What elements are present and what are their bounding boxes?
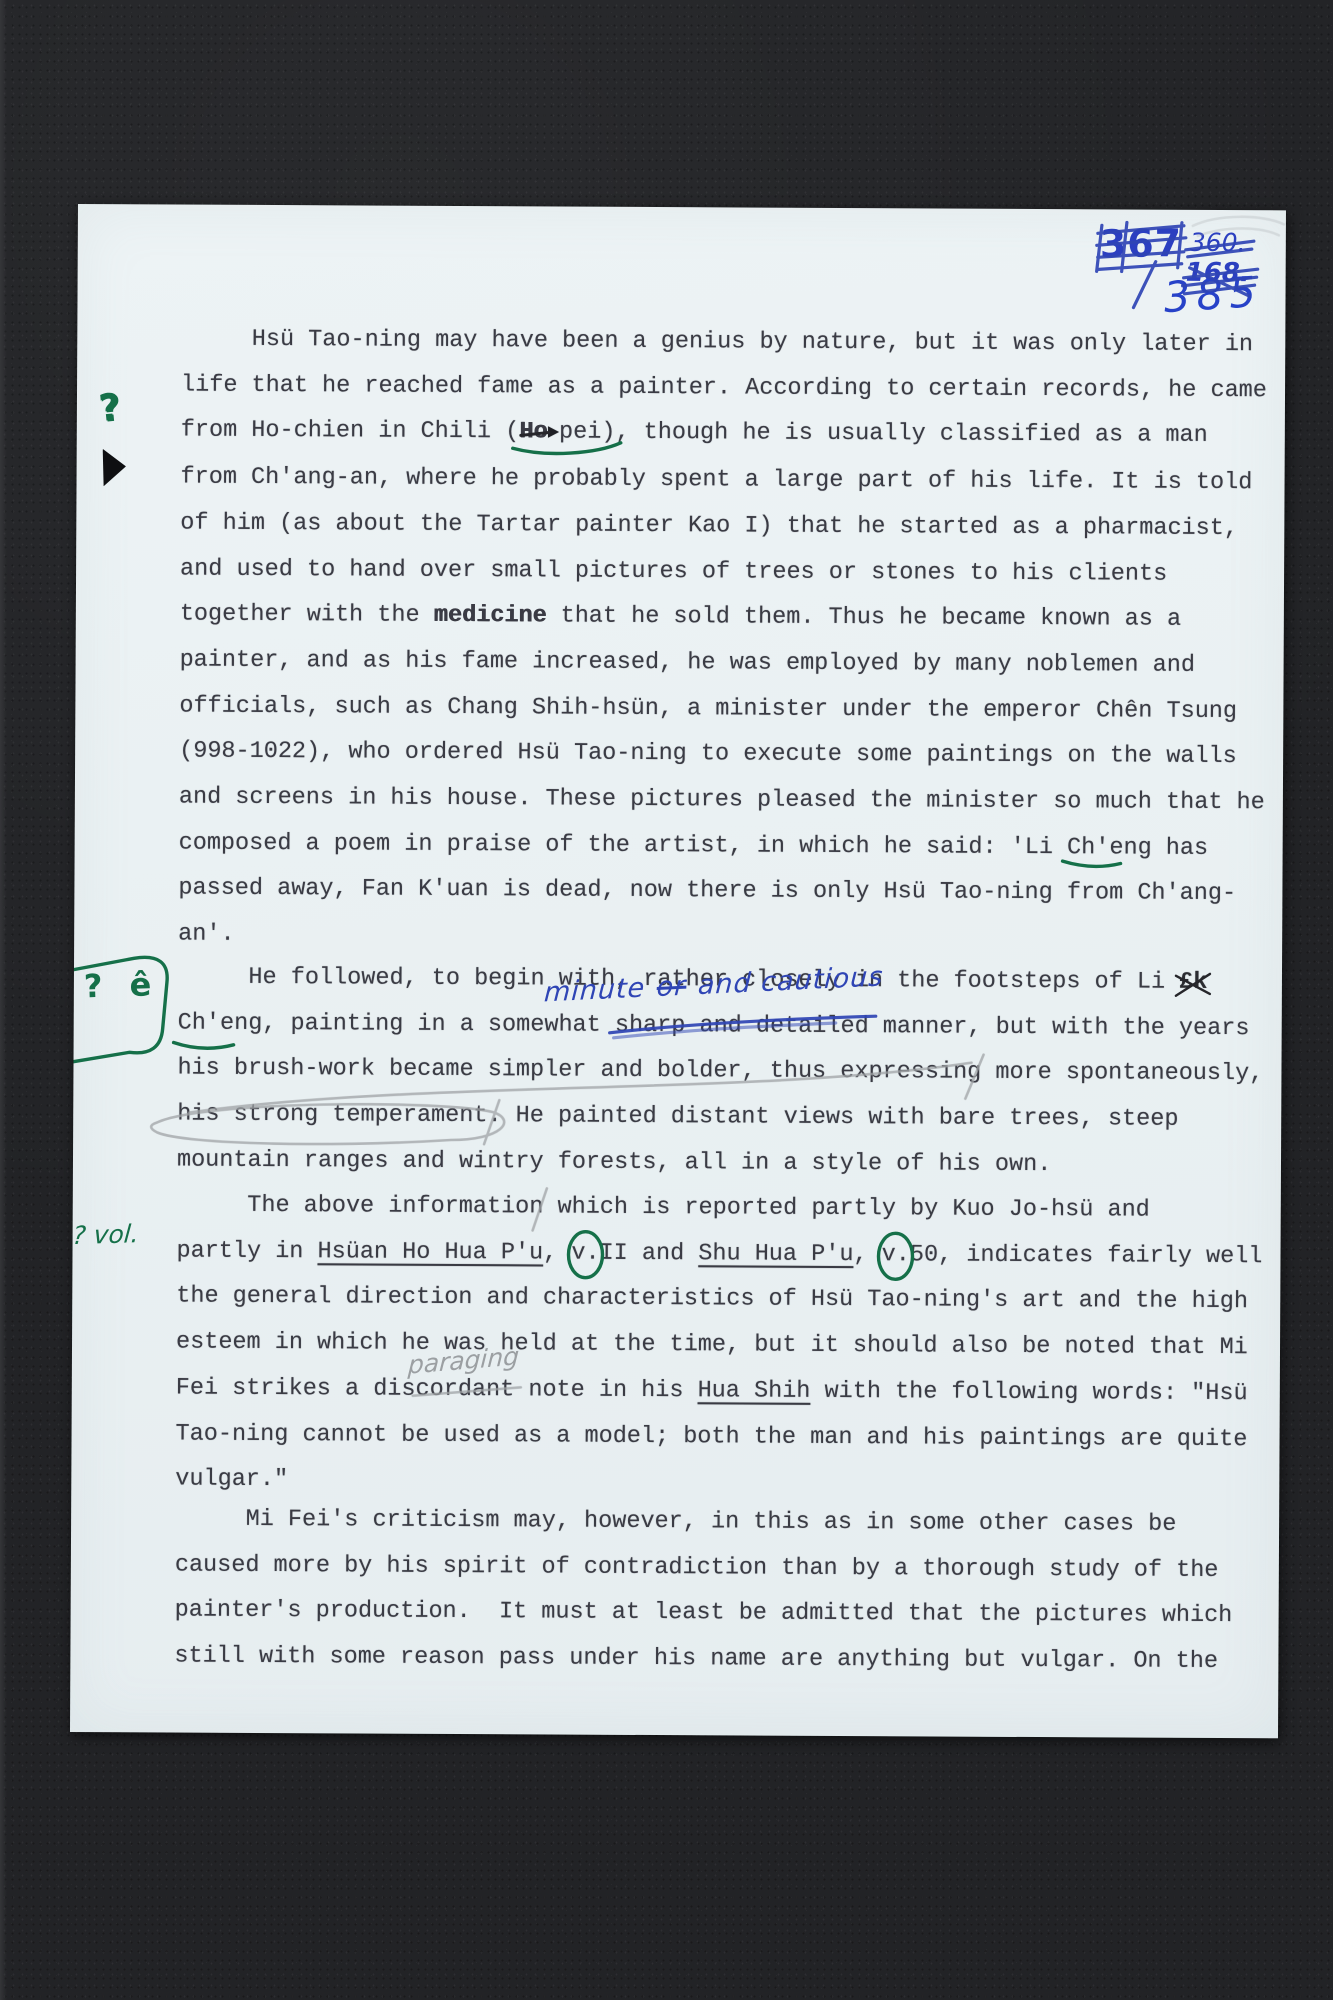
typed-segment: Ho [519,419,547,446]
typed-line: caused more by his spirit of contradicti… [175,1542,1233,1593]
typed-segment: Tao-ning cannot be used as a model; both… [175,1420,1247,1453]
typed-segment: and screens in his house. These pictures… [179,784,1265,817]
typed-segment: medicine [434,602,547,630]
photo-background: Hsü Tao-ning may have been a genius by n… [0,0,1333,2000]
typed-line: the general direction and characteristic… [176,1274,1262,1325]
page-number-scribbled: 367 [1100,221,1183,266]
typed-line: passed away, Fan K'uan is dead, now ther… [178,866,1264,917]
typed-line: composed a poem in praise of the artist,… [179,820,1265,871]
typed-line: mountain ranges and wintry forests, all … [177,1137,1263,1188]
typed-segment: composed a poem in praise of the artist,… [179,829,1209,861]
typed-segment: Mi Fei's criticism may, however, in this… [175,1506,1176,1538]
typed-segment: with the following words: "Hsü [810,1378,1247,1407]
typed-segment: note in his [514,1376,697,1404]
handwriting-segment: minute [543,972,655,1008]
typed-line: Mi Fei's criticism may, however, in this… [175,1497,1233,1548]
typed-segment: from Ch'ang-an, where he probably spent … [181,464,1253,497]
typed-segment: his brush-work became simpler and bolder… [177,1055,1263,1088]
typed-line: from Ho-chien in Chili (Ho►pei), though … [181,408,1267,460]
typed-line: esteem in which he was held at the time,… [176,1320,1262,1371]
typed-line: and used to hand over small pictures of … [180,546,1266,597]
typed-segment: of him (as about the Tartar painter Kao … [180,509,1238,542]
typed-segment: partly in [176,1237,317,1265]
typed-segment: esteem in which he was held at the time,… [176,1329,1248,1362]
typed-line: together with the medicine that he sold … [180,592,1266,643]
typed-line: Fei strikes a discordant note in his Hua… [176,1365,1262,1416]
typed-line: Hsü Tao-ning may have been a genius by n… [181,317,1267,368]
typed-line: life that he reached fame as a painter. … [181,362,1267,413]
typed-segment: the general direction and characteristic… [176,1283,1248,1316]
typed-segment: ► [547,422,559,444]
paragraph: The above information which is reported … [175,1183,1263,1509]
paragraph: Hsü Tao-ning may have been a genius by n… [178,317,1267,964]
typed-segment: Hsüan Ho Hua P'u [317,1238,543,1266]
typed-segment: , v.II and [543,1239,698,1267]
typed-segment: an'. [178,921,235,948]
scan-edge [0,0,7,2000]
typed-segment: passed away, Fan K'uan is dead, now ther… [178,875,1236,908]
typed-line: The above information which is reported … [177,1183,1263,1234]
handwriting-struck-word: or [654,970,689,1003]
typed-segment: The above information which is reported … [177,1192,1150,1224]
typed-line: painter's production. It must at least b… [175,1588,1233,1639]
typed-line: from Ch'ang-an, where he probably spent … [180,455,1266,506]
typed-segment: Hua Shih [698,1377,811,1405]
typed-segment: that he sold them. Thus he became known … [546,603,1181,633]
margin-question-mark: ? [97,385,123,430]
typed-segment: mountain ranges and wintry forests, all … [177,1146,1051,1178]
typed-line: his strong temperament. He painted dista… [177,1092,1263,1143]
typed-segment: Shu Hua P'u [698,1240,853,1268]
typed-line: and screens in his house. These pictures… [179,775,1265,826]
typed-segment: vulgar." [175,1466,288,1494]
typed-segment: together with the [180,601,434,629]
typed-segment: Hsü Tao-ning may have been a genius by n… [181,326,1253,359]
paragraph: Mi Fei's criticism may, however, in this… [174,1497,1233,1685]
page-number-current: 385 [1162,267,1263,322]
typed-line: his brush-work became simpler and bolder… [177,1046,1263,1097]
typed-line: still with some reason pass under his na… [174,1634,1232,1685]
typed-line: officials, such as Chang Shih-hsün, a mi… [179,683,1265,734]
margin-note-vol: ? vol. [72,1219,140,1250]
typed-segment: painter, and as his fame increased, he w… [180,646,1196,678]
typed-segment: cordant [415,1376,514,1404]
typed-line: Tao-ning cannot be used as a model; both… [175,1411,1261,1462]
typed-segment: officials, such as Chang Shih-hsün, a mi… [179,692,1237,725]
typed-segment: caused more by his spirit of contradicti… [175,1551,1219,1583]
page-number-crossed-1: 360. [1190,228,1246,257]
margin-note-boxed: ? ê [83,965,160,1005]
typed-segment: life that he reached fame as a painter. … [181,371,1267,404]
typed-segment: Ch'eng, painting in a somewhat sharp and… [178,1009,1250,1042]
typed-line: partly in Hsüan Ho Hua P'u, v.II and Shu… [176,1228,1262,1279]
typed-segment: painter's production. It must at least b… [175,1597,1233,1630]
typed-segment: pei), though he is usually classified as… [559,419,1208,449]
typed-segment: and used to hand over small pictures of … [180,555,1167,587]
typed-segment: Fei strikes a dis [176,1374,416,1402]
typed-segment: (998-1022), who ordered Hsü Tao-ning to … [179,738,1237,771]
typed-line: painter, and as his fame increased, he w… [179,637,1265,688]
typed-segment: his strong temperament. He painted dista… [177,1101,1178,1133]
manuscript-page: Hsü Tao-ning may have been a genius by n… [70,204,1286,1738]
typed-segment: still with some reason pass under his na… [174,1643,1218,1675]
typed-line: Ch'eng, painting in a somewhat sharp and… [178,1000,1264,1051]
typed-line: (998-1022), who ordered Hsü Tao-ning to … [179,729,1265,780]
typed-segment: £k [1179,969,1207,996]
typed-segment: from Ho-chien in Chili ( [181,417,520,446]
typed-line: of him (as about the Tartar painter Kao … [180,500,1266,551]
typed-segment: , v.50, indicates fairly well [853,1241,1262,1270]
